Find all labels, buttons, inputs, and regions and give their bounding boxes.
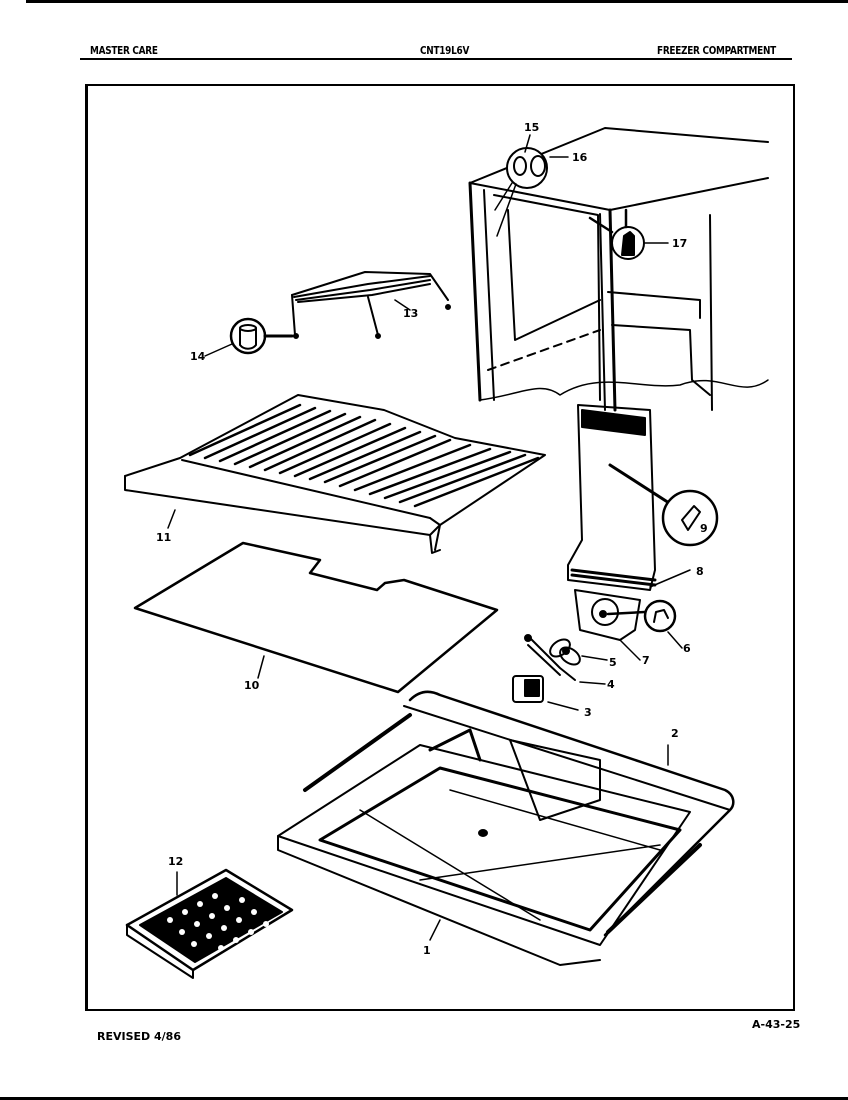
callout-15: 15 [524,121,539,134]
callout-14: 14 [190,350,206,363]
air-duct [568,405,717,590]
callout-9: 9 [700,522,708,535]
callout-12: 12 [168,855,183,868]
fan-motor-assembly [513,635,583,702]
freezer-cabinet [470,128,768,410]
callout-11: 11 [156,531,171,544]
callout-6: 6 [683,642,691,655]
callout-13: 13 [403,307,418,320]
freezer-shelf [125,395,545,553]
callout-4: 4 [607,678,615,691]
footer-page-code: A-43-25 [752,1018,800,1031]
callout-3: 3 [584,706,592,719]
exploded-parts-diagram: 15 16 17 13 14 11 10 9 8 7 6 5 4 3 2 1 1… [0,0,848,1100]
callout-1: 1 [423,944,431,957]
callout-2: 2 [671,727,679,740]
fan-shroud [575,590,675,640]
insulation-panel [135,543,497,692]
callout-10: 10 [244,679,260,692]
callout-8: 8 [696,565,704,578]
callout-5: 5 [609,656,617,669]
callout-16: 16 [572,151,588,164]
drip-tray [278,692,733,965]
ice-cube-tray [127,870,292,978]
callout-7: 7 [642,654,650,667]
footer-revision: REVISED 4/86 [97,1030,181,1043]
callout-17: 17 [672,237,687,250]
